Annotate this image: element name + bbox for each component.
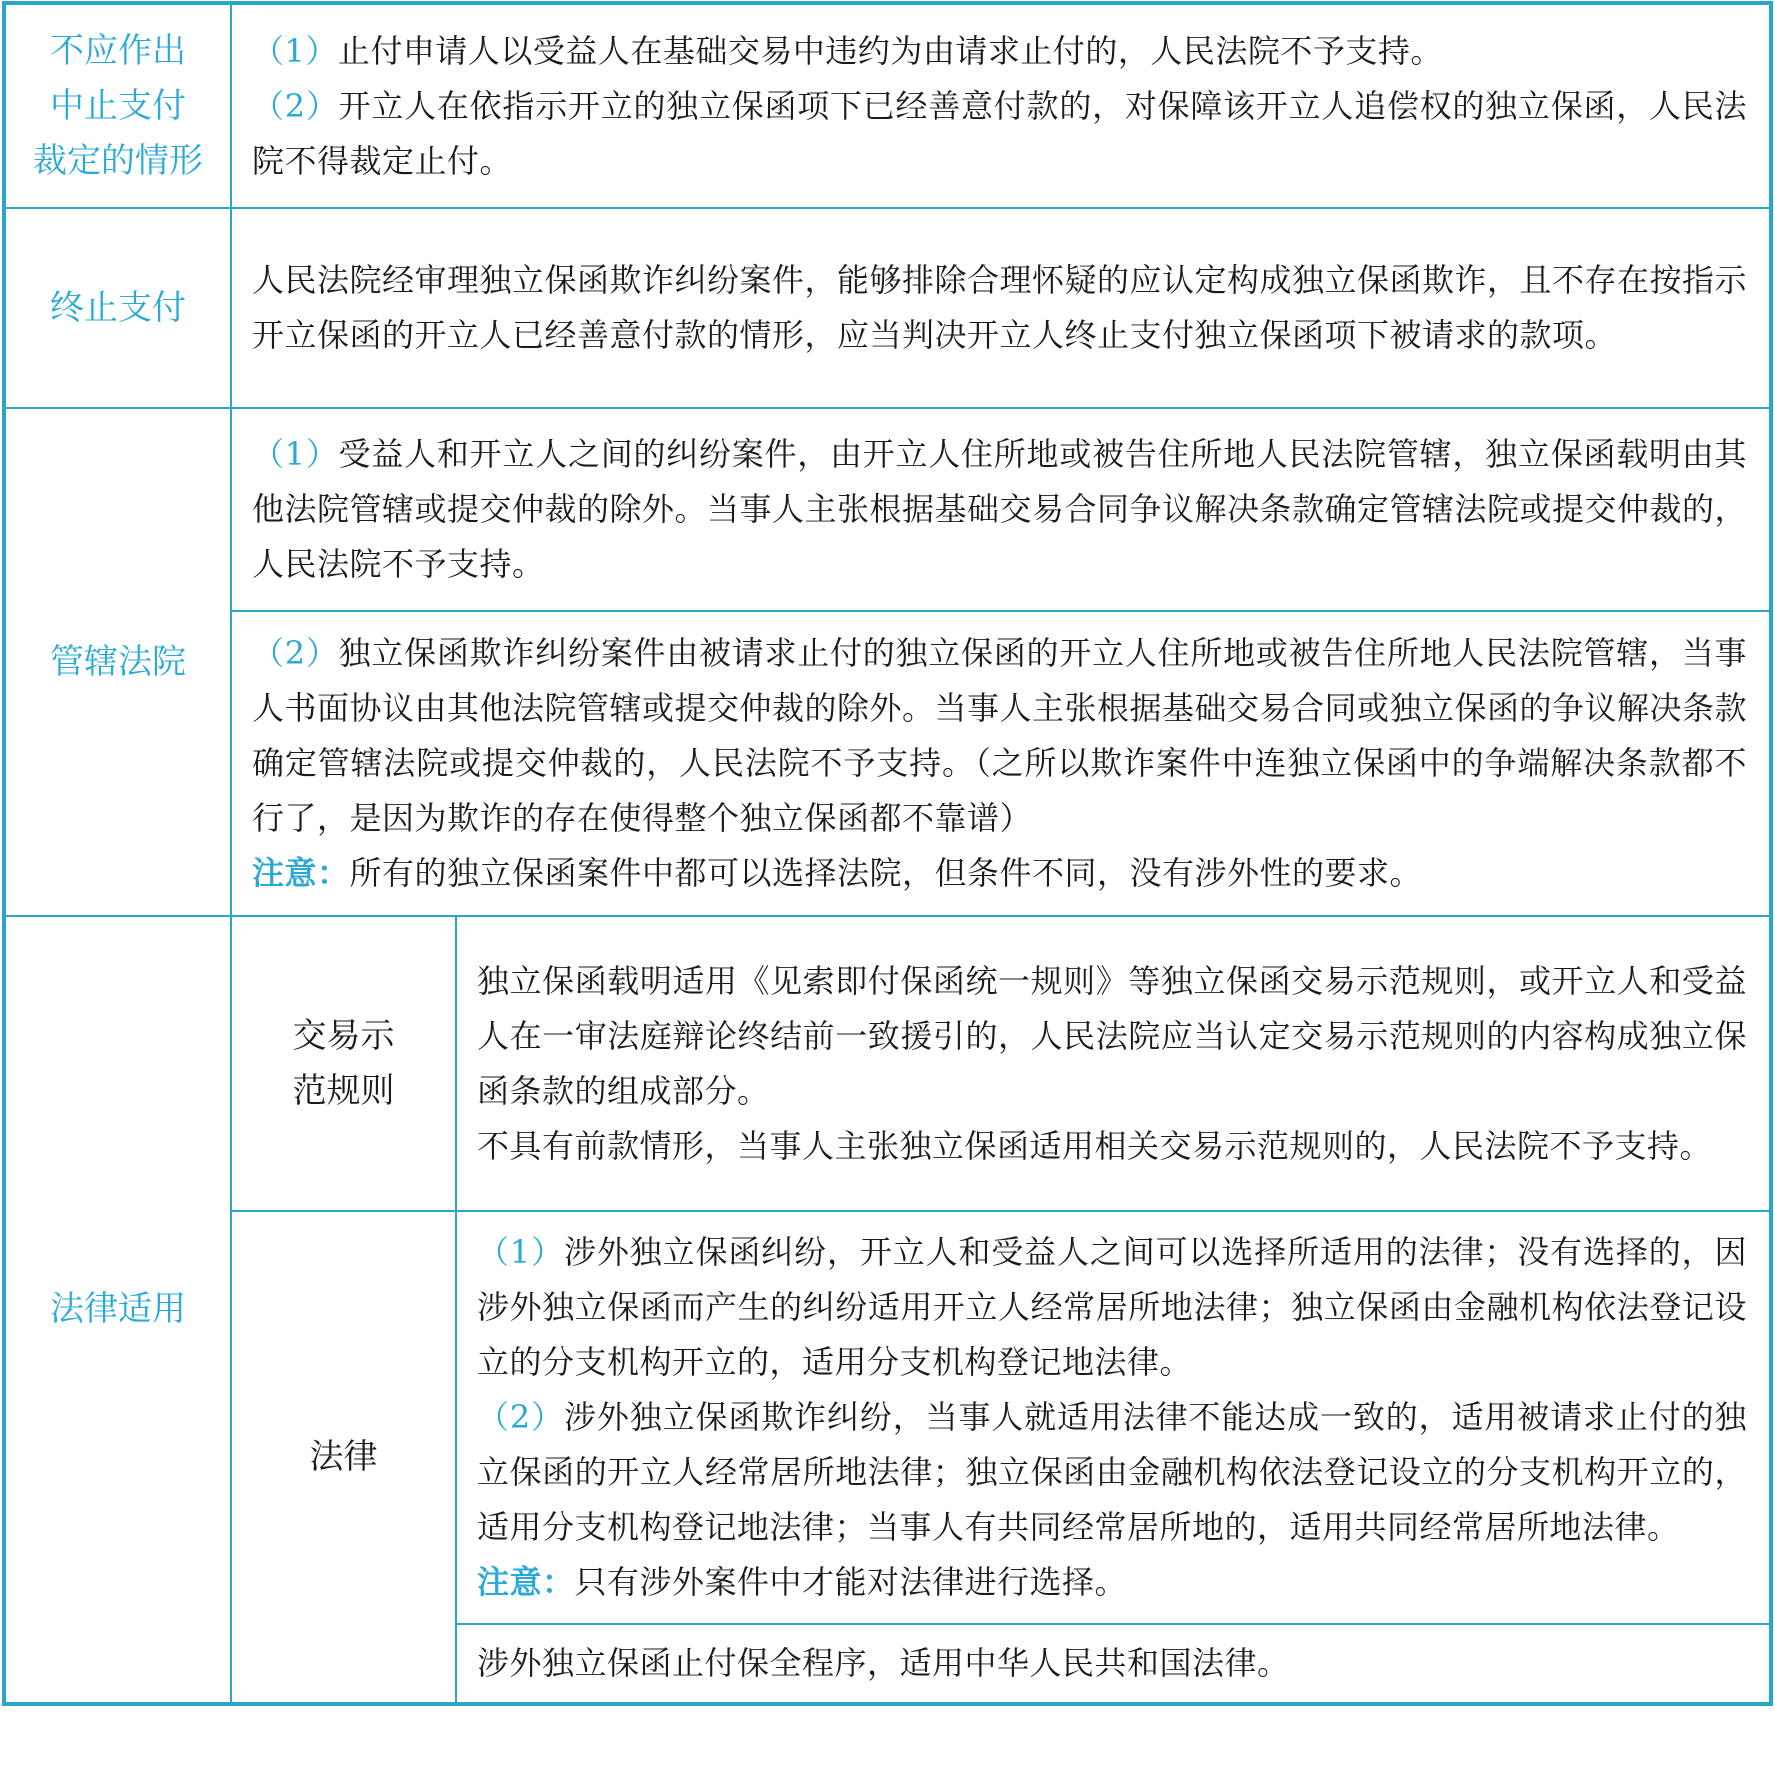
item-2: （2）开立人在依指示开立的独立保函项下已经善意付款的，对保障该开立人追偿权的独立… bbox=[252, 79, 1747, 189]
item-number: （1） bbox=[477, 1233, 564, 1271]
row-label-termination: 终止支付 bbox=[4, 208, 231, 408]
law-content: （1）涉外独立保函纠纷，开立人和受益人之间可以选择所适用的法律；没有选择的，因涉… bbox=[456, 1211, 1771, 1624]
note: 注意：所有的独立保函案件中都可以选择法院，但条件不同，没有涉外性的要求。 bbox=[252, 846, 1747, 901]
row-jurisdiction-1: 管辖法院 （1）受益人和开立人之间的纠纷案件，由开立人住所地或被告住所地人民法院… bbox=[4, 408, 1771, 611]
item-2: （2）独立保函欺诈纠纷案件由被请求止付的独立保函的开立人住所地或被告住所地人民法… bbox=[252, 626, 1747, 846]
item-text: 涉外独立保函纠纷，开立人和受益人之间可以选择所适用的法律；没有选择的，因涉外独立… bbox=[477, 1233, 1747, 1381]
item-text: 止付申请人以受益人在基础交易中违约为由请求止付的，人民法院不予支持。 bbox=[338, 32, 1443, 70]
sublabel-law: 法律 bbox=[231, 1211, 456, 1704]
row-label-applicable-law: 法律适用 bbox=[4, 916, 231, 1704]
jurisdiction-item-2: （2）独立保函欺诈纠纷案件由被请求止付的独立保函的开立人住所地或被告住所地人民法… bbox=[231, 611, 1771, 916]
row-no-suspension: 不应作出 中止支付 裁定的情形 （1）止付申请人以受益人在基础交易中违约为由请求… bbox=[4, 3, 1771, 208]
row-label-no-suspension: 不应作出 中止支付 裁定的情形 bbox=[4, 3, 231, 208]
item-text: 开立人在依指示开立的独立保函项下已经善意付款的，对保障该开立人追偿权的独立保函，… bbox=[252, 87, 1747, 180]
jurisdiction-item-1: （1）受益人和开立人之间的纠纷案件，由开立人住所地或被告住所地人民法院管辖，独立… bbox=[231, 408, 1771, 611]
note-label: 注意： bbox=[252, 854, 350, 892]
item-text: 涉外独立保函欺诈纠纷，当事人就适用法律不能达成一致的，适用被请求止付的独立保函的… bbox=[477, 1398, 1747, 1546]
label-line: 范规则 bbox=[232, 1064, 455, 1119]
row-label-jurisdiction: 管辖法院 bbox=[4, 408, 231, 916]
item-number: （2） bbox=[252, 634, 339, 672]
model-rules-content: 独立保函载明适用《见索即付保函统一规则》等独立保函交易示范规则，或开立人和受益人… bbox=[456, 916, 1771, 1211]
preservation-content: 涉外独立保函止付保全程序，适用中华人民共和国法律。 bbox=[456, 1624, 1771, 1704]
item-number: （1） bbox=[252, 435, 339, 473]
item-text: 受益人和开立人之间的纠纷案件，由开立人住所地或被告住所地人民法院管辖，独立保函载… bbox=[252, 435, 1747, 583]
row-jurisdiction-2: （2）独立保函欺诈纠纷案件由被请求止付的独立保函的开立人住所地或被告住所地人民法… bbox=[4, 611, 1771, 916]
row-content-no-suspension: （1）止付申请人以受益人在基础交易中违约为由请求止付的，人民法院不予支持。 （2… bbox=[231, 3, 1771, 208]
item-number: （2） bbox=[477, 1398, 564, 1436]
note-label: 注意： bbox=[477, 1563, 575, 1601]
row-law-rules: 法律适用 交易示 范规则 独立保函载明适用《见索即付保函统一规则》等独立保函交易… bbox=[4, 916, 1771, 1211]
row-content-termination: 人民法院经审理独立保函欺诈纠纷案件，能够排除合理怀疑的应认定构成独立保函欺诈，且… bbox=[231, 208, 1771, 408]
paragraph: 不具有前款情形，当事人主张独立保函适用相关交易示范规则的，人民法院不予支持。 bbox=[477, 1119, 1747, 1174]
row-law-statute: 法律 （1）涉外独立保函纠纷，开立人和受益人之间可以选择所适用的法律；没有选择的… bbox=[4, 1211, 1771, 1624]
note-text: 只有涉外案件中才能对法律进行选择。 bbox=[575, 1563, 1128, 1601]
note: 注意：只有涉外案件中才能对法律进行选择。 bbox=[477, 1555, 1747, 1610]
item-number: （1） bbox=[252, 32, 338, 70]
label-line: 交易示 bbox=[232, 1009, 455, 1064]
item-text: 独立保函欺诈纠纷案件由被请求止付的独立保函的开立人住所地或被告住所地人民法院管辖… bbox=[252, 634, 1747, 837]
paragraph: 独立保函载明适用《见索即付保函统一规则》等独立保函交易示范规则，或开立人和受益人… bbox=[477, 954, 1747, 1119]
note-text: 所有的独立保函案件中都可以选择法院，但条件不同，没有涉外性的要求。 bbox=[350, 854, 1423, 892]
item-2: （2）涉外独立保函欺诈纠纷，当事人就适用法律不能达成一致的，适用被请求止付的独立… bbox=[477, 1390, 1747, 1555]
item-1: （1）止付申请人以受益人在基础交易中违约为由请求止付的，人民法院不予支持。 bbox=[252, 24, 1747, 79]
item-1: （1）涉外独立保函纠纷，开立人和受益人之间可以选择所适用的法律；没有选择的，因涉… bbox=[477, 1225, 1747, 1390]
sublabel-model-rules: 交易示 范规则 bbox=[231, 916, 456, 1211]
row-termination: 终止支付 人民法院经审理独立保函欺诈纠纷案件，能够排除合理怀疑的应认定构成独立保… bbox=[4, 208, 1771, 408]
label-line: 中止支付 bbox=[6, 79, 230, 134]
item-number: （2） bbox=[252, 87, 339, 125]
guarantee-rules-table: 不应作出 中止支付 裁定的情形 （1）止付申请人以受益人在基础交易中违约为由请求… bbox=[2, 1, 1773, 1706]
label-line: 裁定的情形 bbox=[6, 134, 230, 189]
label-line: 不应作出 bbox=[6, 24, 230, 79]
